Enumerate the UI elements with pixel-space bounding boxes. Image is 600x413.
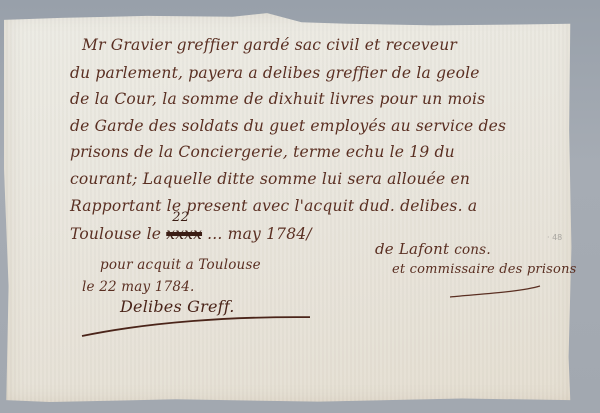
lafont-name: de Lafont [375, 240, 449, 258]
body-line-6: courant; Laquelle ditte somme lui sera a… [70, 170, 470, 188]
struck-text: xxxx [166, 225, 202, 243]
date-prefix: Toulouse le [70, 225, 161, 243]
receipt-line-1: pour acquit a Toulouse [100, 257, 261, 273]
body-line-5: prisons de la Conciergerie, terme echu l… [70, 143, 455, 161]
body-line-7: Rapportant le present avec l'acquit dud.… [70, 197, 477, 215]
lafont-title: cons. [454, 242, 491, 258]
lafont-signature: de Lafont cons. [375, 240, 491, 258]
signature-flourish-right [440, 282, 560, 302]
body-line-1: Mr Gravier greffier gardé sac civil et r… [82, 36, 457, 54]
body-line-2: du parlement, payera a delibes greffier … [70, 64, 480, 82]
body-line-3: de la Cour, la somme de dixhuit livres p… [70, 90, 485, 108]
struck-word: xxxx 22 [166, 225, 202, 243]
inserted-day: 22 [172, 210, 189, 225]
receipt-line-2: le 22 may 1784. [82, 279, 194, 295]
date-line: Toulouse le xxxx 22 ... may 1784/ [70, 225, 312, 243]
body-line-4: de Garde des soldats du guet employés au… [70, 117, 506, 135]
date-suffix: ... may 1784/ [207, 225, 312, 243]
lafont-role: et commissaire des prisons [392, 262, 577, 277]
pencil-margin-mark: · 48 [547, 233, 562, 242]
signature-flourish-left [80, 300, 310, 345]
